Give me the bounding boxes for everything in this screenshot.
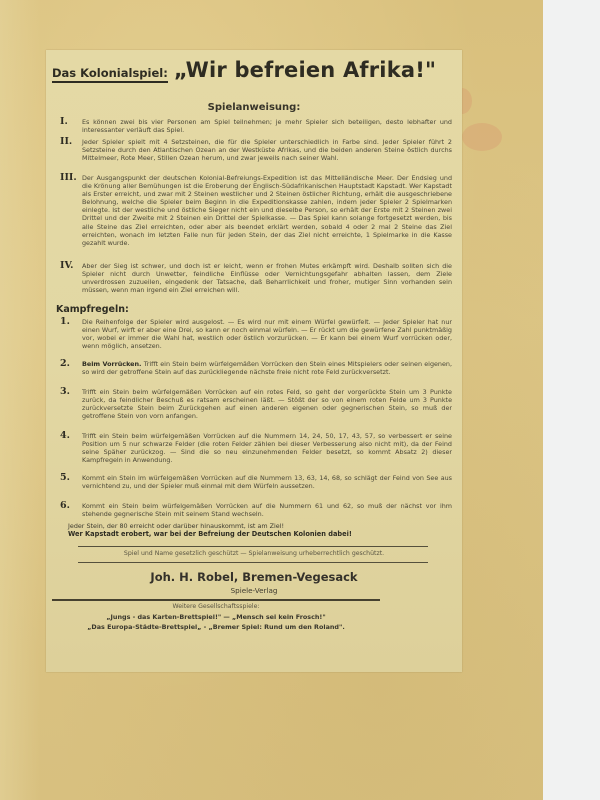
motto: Wer Kapstadt erobert, war bei der Befrei… xyxy=(68,530,448,538)
divider xyxy=(78,546,428,547)
title-prefix: Das Kolonialspiel: xyxy=(52,66,168,83)
more-games-line-1: „Jungs - das Karten-Brettspiel!" — „Mens… xyxy=(46,613,386,621)
publisher-name: Joh. H. Robel, Bremen-Vegesack xyxy=(46,570,462,584)
goal-line: Jeder Stein, der 80 erreicht oder darübe… xyxy=(68,522,448,530)
rule-item: 1. Die Reihenfolge der Spieler wird ausg… xyxy=(60,318,452,350)
publisher-subtitle: Spiele-Verlag xyxy=(46,586,462,595)
instruction-item: III. Der Ausgangspunkt der deutschen Kol… xyxy=(60,174,452,247)
instructions-heading: Spielanweisung: xyxy=(46,102,462,113)
rules-heading: Kampfregeln: xyxy=(56,304,129,315)
rule-item: 4. Trifft ein Stein beim würfelgemäßen V… xyxy=(60,432,452,464)
title: Das Kolonialspiel: „Wir befreien Afrika!… xyxy=(52,58,452,83)
instruction-item: II. Jeder Spieler spielt mit 4 Setzstein… xyxy=(60,138,452,162)
cardboard-edge xyxy=(0,0,40,800)
divider xyxy=(78,562,428,563)
more-games-heading: Weitere Gesellschaftsspiele: xyxy=(46,603,386,610)
instruction-sheet: Das Kolonialspiel: „Wir befreien Afrika!… xyxy=(46,50,462,672)
divider xyxy=(52,599,380,601)
rule-item: 3. Trifft ein Stein beim würfelgemäßen V… xyxy=(60,388,452,420)
rule-item: 5. Kommt ein Stein im würfelgemäßen Vorr… xyxy=(60,474,452,490)
more-games-line-2: „Das Europa-Städte-Brettspiel„ - „Bremer… xyxy=(46,623,386,631)
instruction-item: IV. Aber der Sieg ist schwer, und doch i… xyxy=(60,262,452,294)
cardboard-background: Das Kolonialspiel: „Wir befreien Afrika!… xyxy=(0,0,543,800)
instruction-item: I. Es können zwei bis vier Personen am S… xyxy=(60,118,452,134)
closing-lines: Jeder Stein, der 80 erreicht oder darübe… xyxy=(68,522,448,539)
title-main: „Wir befreien Afrika!" xyxy=(174,58,436,82)
copyright-note: Spiel und Name gesetzlich geschützt — Sp… xyxy=(46,550,462,557)
rule-item: 6. Kommt ein Stein beim würfelgemäßen Vo… xyxy=(60,502,452,518)
stain xyxy=(462,123,502,151)
rule-item: 2. Beim Vorrücken. Trifft ein Stein beim… xyxy=(60,360,452,376)
